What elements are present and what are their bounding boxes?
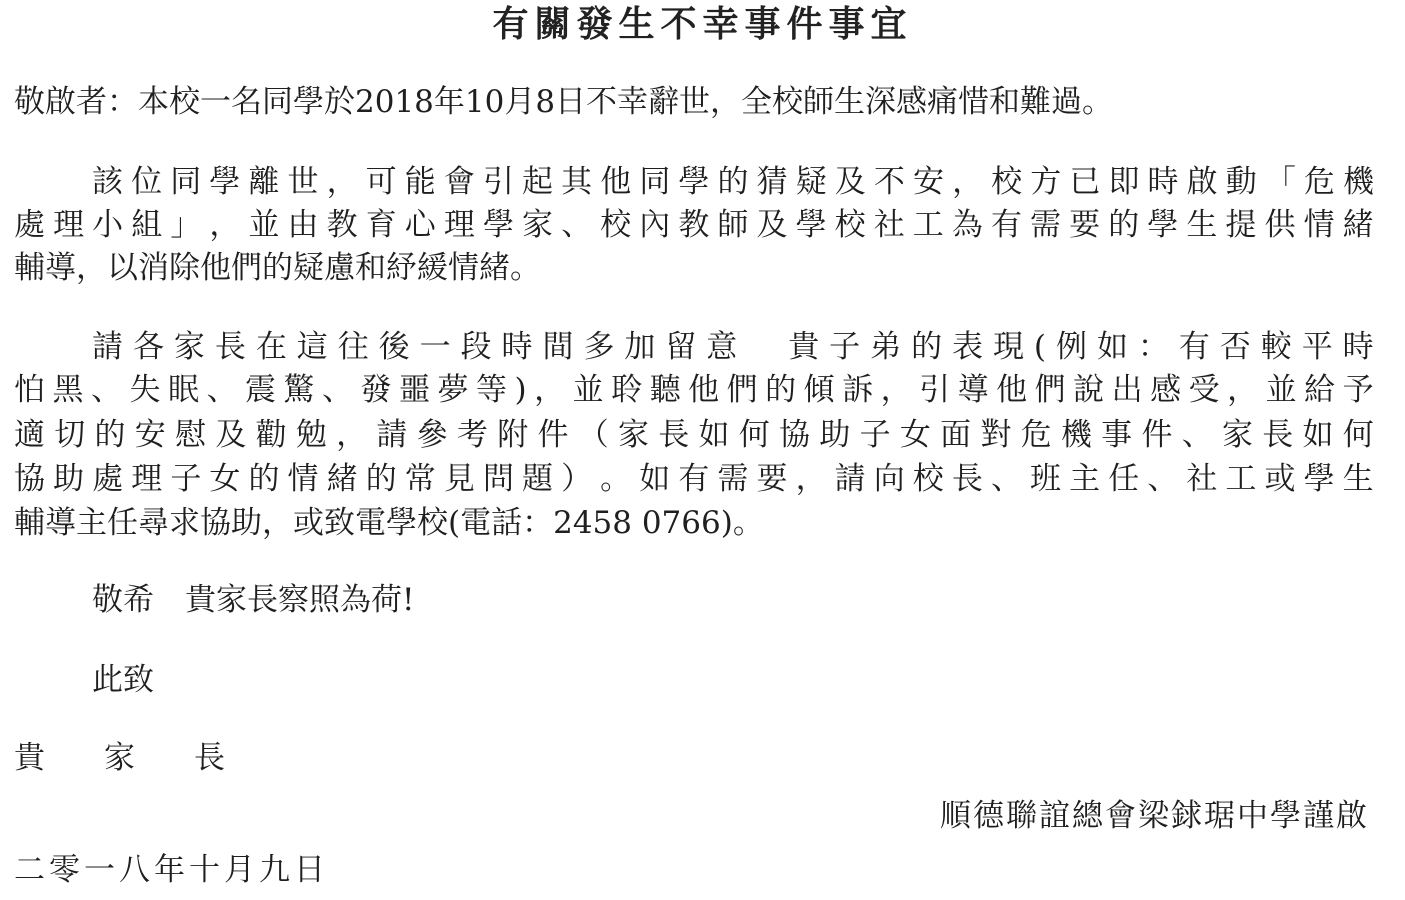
closing-request: 敬希 貴家長察照為荷! [92, 580, 1374, 620]
paragraph-line: 處理小組」，並由教育心理學家、校內教師及學校社工為有需要的學生提供情緒 [14, 205, 1374, 245]
closing-salutation: 此致 [92, 660, 1374, 700]
paragraph-line: 輔導主任尋求協助，或致電學校(電話：2458 0766)。 [14, 503, 1374, 543]
paragraph-line: 適切的安慰及勸勉，請參考附件（家長如何協助子女面對危機事件、家長如何 [14, 415, 1374, 455]
letter-date: 二零一八年十月九日 [14, 850, 1374, 890]
paragraph-line: 協助處理子女的情緒的常見問題）。如有需要，請向校長、班主任、社工或學生 [14, 459, 1374, 499]
paragraph-line: 請各家長在這往後一段時間多加留意 貴子弟的表現(例如：有否較平時 [92, 327, 1374, 367]
paragraph-line: 怕黑、失眠、震驚、發噩夢等)，並聆聽他們的傾訴，引導他們說出感受，並給予 [14, 370, 1374, 410]
paragraph-line: 該位同學離世，可能會引起其他同學的猜疑及不安，校方已即時啟動「危機 [92, 162, 1374, 202]
letter-page: 有關發生不幸事件事宜 敬啟者：本校一名同學於2018年10月8日不幸辭世，全校師… [0, 0, 1405, 900]
letter-title: 有關發生不幸事件事宜 [0, 2, 1405, 52]
paragraph-line: 輔導，以消除他們的疑慮和紓緩情緒。 [14, 248, 1374, 288]
letter-opening: 敬啟者：本校一名同學於2018年10月8日不幸辭世，全校師生深感痛惜和難過。 [14, 82, 1374, 122]
addressee: 貴 家 長 [14, 738, 1374, 778]
school-signature: 順德聯誼總會梁銶琚中學謹啟 [940, 796, 1369, 836]
